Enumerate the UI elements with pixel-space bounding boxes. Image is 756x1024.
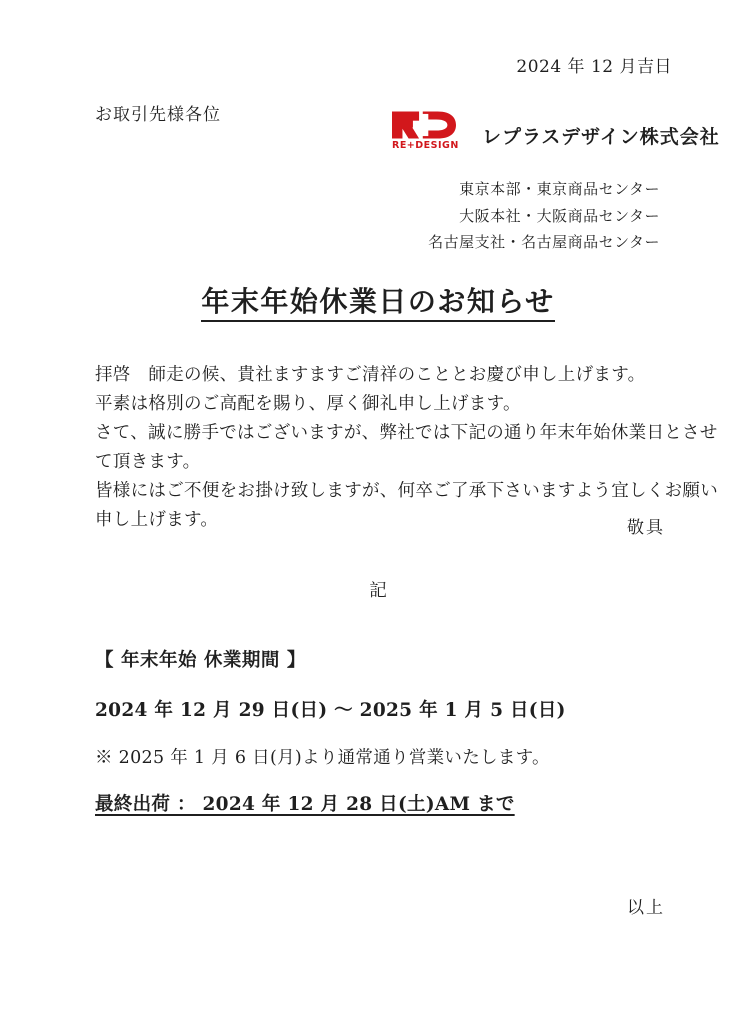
office-list: 東京本部・東京商品センター 大阪本社・大阪商品センター 名古屋支社・名古屋商品セ… [428,176,660,256]
document-date: 2024 年 12 月吉日 [516,52,672,77]
document-title-text: 年末年始休業日のお知らせ [201,285,554,322]
company-header: RE+DESIGN レプラスデザイン株式会社 [392,111,720,151]
body-line: 拝啓 師走の候、貴社ますますご清祥のこととお慶び申し上げます。 [95,361,718,390]
holiday-section-heading: 【 年末年始 休業期間 】 [95,646,306,672]
ki-marker: 記 [0,577,756,602]
holiday-period: 2024 年 12 月 29 日(日) ～ 2025 年 1 月 5 日(日) [95,696,566,722]
end-marker: 以上 [627,893,665,918]
body-text: 拝啓 師走の候、貴社ますますご清祥のこととお慶び申し上げます。 平素は格別のご高… [95,361,718,535]
reopen-note: ※ 2025 年 1 月 6 日(月)より通常通り営業いたします。 [95,744,550,769]
body-line: 申し上げます。 [95,506,718,535]
logo-wordmark: RE+DESIGN [392,140,456,151]
document-page: 2024 年 12 月吉日 お取引先様各位 RE+DESIGN レプラスデザイン… [0,0,756,1024]
body-line: て頂きます。 [95,448,718,477]
redesign-logo-icon [392,111,456,139]
office-line-tokyo: 東京本部・東京商品センター [428,176,660,203]
final-shipment-line: 最終出荷 ： 2024 年 12 月 28 日(土)AM まで [95,790,515,816]
company-logo: RE+DESIGN [392,111,456,151]
body-line: 皆様にはご不便をお掛け致しますが、何卒ご了承下さいますよう宜しくお願い [95,477,718,506]
body-line: さて、誠に勝手ではございますが、弊社では下記の通り年末年始休業日とさせ [95,419,718,448]
office-line-osaka: 大阪本社・大阪商品センター [428,203,660,230]
closing-keigu: 敬具 [627,513,665,538]
body-line: 平素は格別のご高配を賜り、厚く御礼申し上げます。 [95,390,718,419]
recipient-line: お取引先様各位 [95,100,221,125]
company-name: レプラスデザイン株式会社 [482,122,720,149]
document-title: 年末年始休業日のお知らせ [0,280,756,320]
office-line-nagoya: 名古屋支社・名古屋商品センター [428,229,660,256]
